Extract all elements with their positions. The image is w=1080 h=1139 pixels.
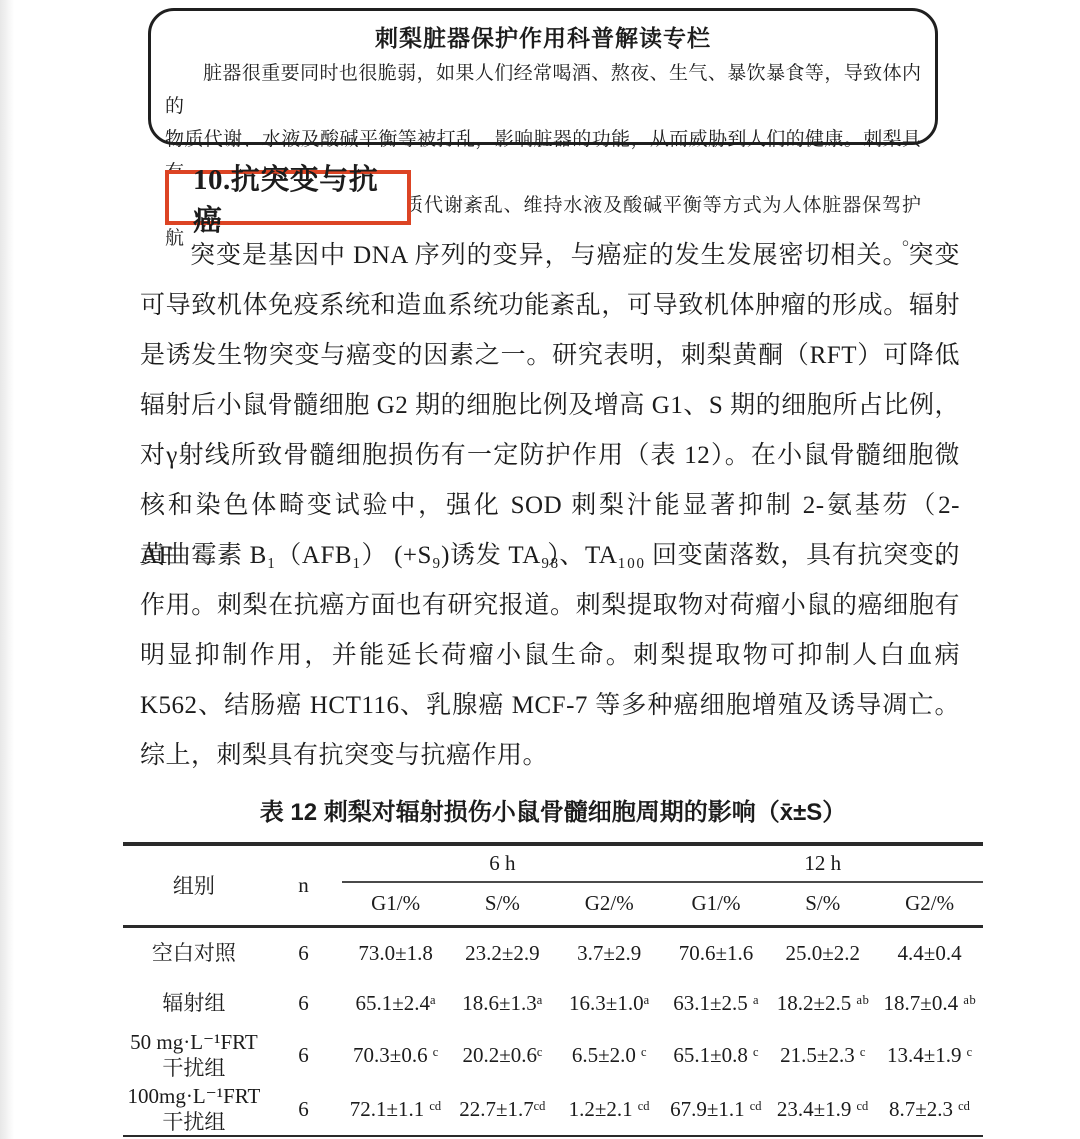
row-group-name: 辐射组 bbox=[123, 979, 265, 1027]
column-subheader: G1/% bbox=[663, 882, 770, 926]
row-group-name: 空白对照 bbox=[123, 926, 265, 979]
info-box: 刺梨脏器保护作用科普解读专栏 脏器很重要同时也很脆弱，如果人们经常喝酒、熬夜、生… bbox=[148, 8, 938, 145]
cell-value: 8.7±2.3 ᶜᵈ bbox=[876, 1083, 983, 1139]
cell-value: 63.1±2.5 ᵃ bbox=[663, 979, 770, 1027]
paragraph-line: 作用。刺梨在抗癌方面也有研究报道。刺梨提取物对荷瘤小鼠的癌细胞有 bbox=[140, 581, 960, 631]
cell-value: 23.4±1.9 ᶜᵈ bbox=[769, 1083, 876, 1139]
table-container: 组别 n 6 h 12 h G1/%S/%G2/%G1/%S/%G2/% 空白对… bbox=[123, 842, 983, 1139]
cell-value: 6.5±2.0 ᶜ bbox=[556, 1027, 663, 1083]
cell-value: 16.3±1.0ᵃ bbox=[556, 979, 663, 1027]
section-heading: 10.抗突变与抗癌 bbox=[169, 157, 407, 239]
table-body: 空白对照673.0±1.823.2±2.93.7±2.970.6±1.625.0… bbox=[123, 926, 983, 1139]
table-row: 100mg·L⁻¹FRT 干扰组672.1±1.1 ᶜᵈ22.7±1.7ᶜᵈ1.… bbox=[123, 1083, 983, 1139]
column-subheader: G2/% bbox=[556, 882, 663, 926]
table-row: 空白对照673.0±1.823.2±2.93.7±2.970.6±1.625.0… bbox=[123, 926, 983, 979]
paragraph-line: 核和染色体畸变试验中，强化 SOD 刺梨汁能显著抑制 2-氨基芴（2-AF）、 bbox=[140, 481, 960, 531]
cell-value: 72.1±1.1 ᶜᵈ bbox=[342, 1083, 449, 1139]
info-box-title: 刺梨脏器保护作用科普解读专栏 bbox=[165, 20, 921, 53]
paragraph-line: 是诱发生物突变与癌变的因素之一。研究表明，刺梨黄酮（RFT）可降低 bbox=[140, 331, 960, 381]
column-header-n: n bbox=[265, 844, 342, 926]
paragraph-line: 综上，刺梨具有抗突变与抗癌作用。 bbox=[140, 731, 960, 781]
column-span-6h: 6 h bbox=[342, 844, 662, 882]
cell-n: 6 bbox=[265, 1027, 342, 1083]
paragraph-line: 对γ射线所致骨髓细胞损伤有一定防护作用（表 12）。在小鼠骨髓细胞微 bbox=[140, 431, 960, 481]
body-paragraph: 突变是基因中 DNA 序列的变异，与癌症的发生发展密切相关。突变可导致机体免疫系… bbox=[140, 231, 960, 781]
cell-value: 70.3±0.6 ᶜ bbox=[342, 1027, 449, 1083]
cell-value: 18.6±1.3ᵃ bbox=[449, 979, 556, 1027]
cell-value: 3.7±2.9 bbox=[556, 926, 663, 979]
cell-value: 21.5±2.3 ᶜ bbox=[769, 1027, 876, 1083]
table-caption: 表 12 刺梨对辐射损伤小鼠骨髓细胞周期的影响（x̄±S） bbox=[123, 792, 983, 827]
cell-value: 65.1±2.4ᵃ bbox=[342, 979, 449, 1027]
cell-value: 18.7±0.4 ᵃᵇ bbox=[876, 979, 983, 1027]
cell-value: 1.2±2.1 ᶜᵈ bbox=[556, 1083, 663, 1139]
study-table: 组别 n 6 h 12 h G1/%S/%G2/%G1/%S/%G2/% 空白对… bbox=[123, 842, 983, 1139]
column-subheader: S/% bbox=[769, 882, 876, 926]
paragraph-line: 可导致机体免疫系统和造血系统功能紊乱，可导致机体肿瘤的形成。辐射 bbox=[140, 281, 960, 331]
cell-value: 70.6±1.6 bbox=[663, 926, 770, 979]
row-group-name: 50 mg·L⁻¹FRT 干扰组 bbox=[123, 1027, 265, 1083]
cell-value: 13.4±1.9 ᶜ bbox=[876, 1027, 983, 1083]
cell-value: 18.2±2.5 ᵃᵇ bbox=[769, 979, 876, 1027]
paragraph-line: 辐射后小鼠骨髓细胞 G2 期的细胞比例及增高 G1、S 期的细胞所占比例， bbox=[140, 381, 960, 431]
cell-n: 6 bbox=[265, 926, 342, 979]
column-subheader: S/% bbox=[449, 882, 556, 926]
column-subheader: G2/% bbox=[876, 882, 983, 926]
cell-value: 22.7±1.7ᶜᵈ bbox=[449, 1083, 556, 1139]
cell-n: 6 bbox=[265, 979, 342, 1027]
table-row: 辐射组665.1±2.4ᵃ18.6±1.3ᵃ16.3±1.0ᵃ63.1±2.5 … bbox=[123, 979, 983, 1027]
table-row: 50 mg·L⁻¹FRT 干扰组670.3±0.6 ᶜ20.2±0.6ᶜ6.5±… bbox=[123, 1027, 983, 1083]
row-group-name: 100mg·L⁻¹FRT 干扰组 bbox=[123, 1083, 265, 1139]
document-page: 刺梨脏器保护作用科普解读专栏 脏器很重要同时也很脆弱，如果人们经常喝酒、熬夜、生… bbox=[0, 0, 1080, 1139]
cell-value: 20.2±0.6ᶜ bbox=[449, 1027, 556, 1083]
cell-value: 67.9±1.1 ᶜᵈ bbox=[663, 1083, 770, 1139]
cell-n: 6 bbox=[265, 1083, 342, 1139]
cell-value: 25.0±2.2 bbox=[769, 926, 876, 979]
info-box-line: 脏器很重要同时也很脆弱，如果人们经常喝酒、熬夜、生气、暴饮暴食等，导致体内的 bbox=[165, 57, 921, 123]
paragraph-line: 明显抑制作用，并能延长荷瘤小鼠生命。刺梨提取物可抑制人白血病 bbox=[140, 631, 960, 681]
paragraph-line: 突变是基因中 DNA 序列的变异，与癌症的发生发展密切相关。突变 bbox=[140, 231, 960, 281]
cell-value: 73.0±1.8 bbox=[342, 926, 449, 979]
cell-value: 65.1±0.8 ᶜ bbox=[663, 1027, 770, 1083]
section-heading-box: 10.抗突变与抗癌 bbox=[165, 170, 411, 225]
table-header: 组别 n 6 h 12 h G1/%S/%G2/%G1/%S/%G2/% bbox=[123, 844, 983, 926]
column-header-group: 组别 bbox=[123, 844, 265, 926]
page-edge-shadow bbox=[0, 0, 14, 1139]
paragraph-line: 黄曲霉素 B₁（AFB₁） (+S₉)诱发 TA₉₈、TA₁₀₀ 回变菌落数，具… bbox=[140, 531, 960, 581]
cell-value: 4.4±0.4 bbox=[876, 926, 983, 979]
cell-value: 23.2±2.9 bbox=[449, 926, 556, 979]
column-subheader: G1/% bbox=[342, 882, 449, 926]
column-span-12h: 12 h bbox=[663, 844, 983, 882]
paragraph-line: K562、结肠癌 HCT116、乳腺癌 MCF-7 等多种癌细胞增殖及诱导凋亡。 bbox=[140, 681, 960, 731]
